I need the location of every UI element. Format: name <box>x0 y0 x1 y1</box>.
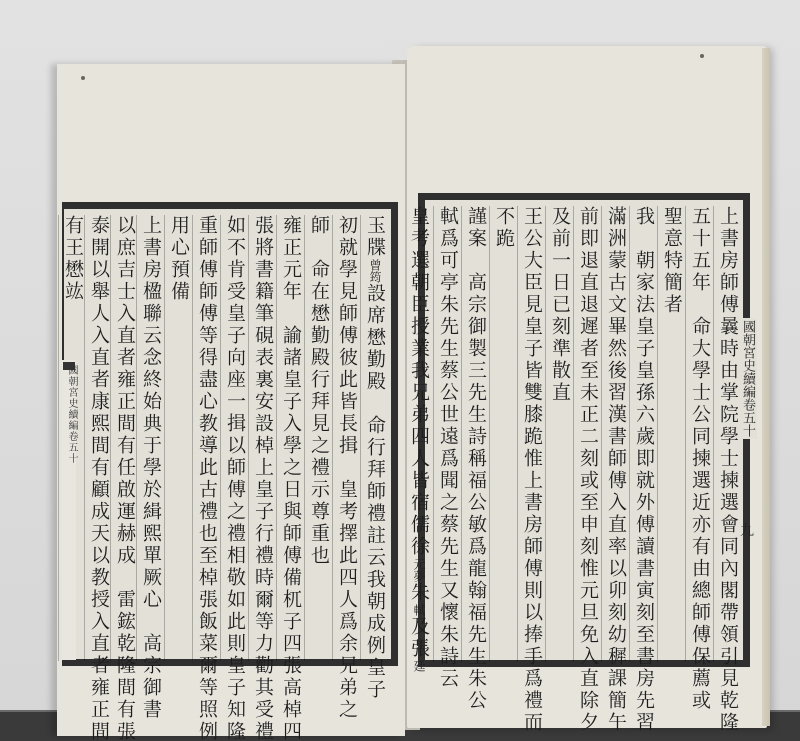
spine-title: 國朝宮史續編卷五十 <box>738 318 757 439</box>
margin-title: 國朝宮史續編卷五十 <box>64 365 79 464</box>
page-number: 九 <box>740 520 754 540</box>
text-column: 師 命在懋勤殿行拜見之禮示尊重也 <box>304 215 333 661</box>
text-column: 王公大臣見皇子皆雙膝跪惟上書房師傅則以捧手爲禮而 <box>517 206 546 662</box>
right-text-frame: 上書房師傅曩時由掌院學士揀選會同內閣帶領引見乾隆 五十五年 命大學士公同揀選近亦… <box>418 193 750 667</box>
paper-spot <box>700 54 704 58</box>
text-column: 軾爲可亭朱先生蔡公世遠爲聞之蔡先生又懷朱詩云 <box>433 206 462 662</box>
text-column: 初就學見師傅彼此皆長揖 皇考擇此四人爲余兄弟之 <box>332 215 361 661</box>
paper-spot <box>81 76 85 80</box>
text-column: 前即退直退遲者至未正二刻或至申刻惟元旦免入直除夕 <box>573 206 602 662</box>
text-column: 五十五年 命大學士公同揀選近亦有由總師傅保薦或 <box>685 206 714 662</box>
text-column: 如不肯受皇子向座一揖以師傅之禮相敬如此則皇子知隆 <box>220 215 249 661</box>
text-column: 聖意特簡者 <box>657 206 686 662</box>
text-column: 皇考選朝臣授業我兄弟四人皆宿儒徐元夢朱軾及張廷 <box>405 206 433 662</box>
text-column: 及前一日已刻準散直 <box>545 206 574 662</box>
text-column: 重師傅師傅等得盡心教導此古禮也至棹張飯菜爾等照例 <box>192 215 221 661</box>
text-column: 泰開以舉人入直者康熙間有顧成天以教授入直者雍正間 <box>84 215 113 661</box>
text-column: 以庶吉士入直者雍正間有任啟運赫成𣇌雷鋐乾隆間有張 <box>110 215 139 661</box>
text-column: 謹案 高宗御製三先生詩稱福公敏爲龍翰福先生朱公 <box>461 206 490 662</box>
text-column: 玉牒曾筠設席懋勤殿 命行拜師禮註云我朝成例皇子 <box>360 215 389 661</box>
page-stack-edge <box>762 48 770 726</box>
text-column: 用心預備 <box>164 215 193 661</box>
text-column: 我 朝家法皇子皇孫六歲即就外傅讀書寅刻至書房先習 <box>629 206 658 662</box>
text-column: 張將書籍筆硯表裏安設棹上皇子行禮時爾等力勸其受禮 <box>248 215 277 661</box>
text-column: 雍正元年 諭諸皇子入學之日與師傅備杌子四張高棹四 <box>276 215 305 661</box>
text-column: 滿洲蒙古文畢然後習漢書師傅入直率以卯刻幼穉課簡午 <box>601 206 630 662</box>
text-column: 上書房楹聯云念終始典于學於緝熙單厥心 高宗御書 <box>136 215 165 661</box>
left-text-frame: 玉牒曾筠設席懋勤殿 命行拜師禮註云我朝成例皇子 初就學見師傅彼此皆長揖 皇考擇此… <box>62 202 398 666</box>
text-column: 不跪 <box>489 206 518 662</box>
